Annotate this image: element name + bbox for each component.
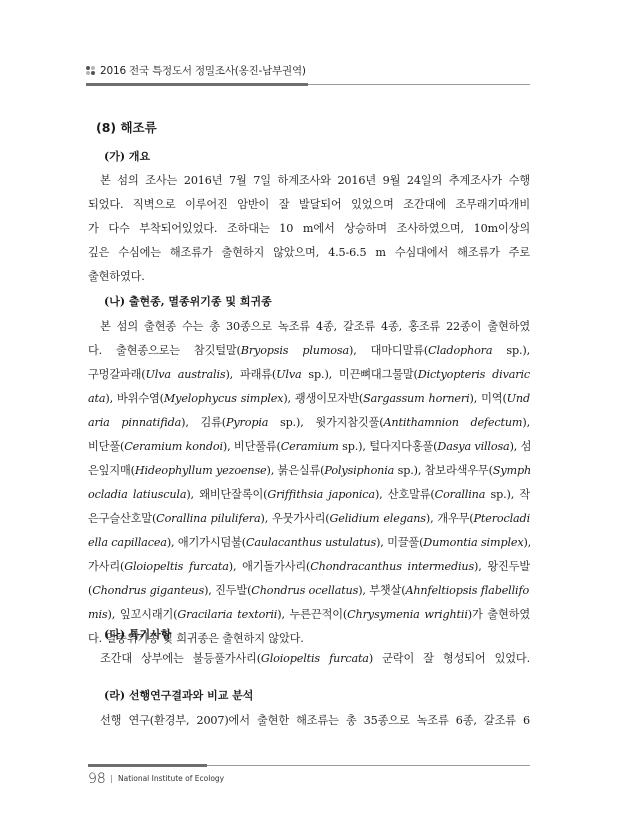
header-rule-thin [308,84,530,85]
subsection-title-comparison: (라) 선행연구결과와 비교 분석 [104,687,253,703]
header-rule-thick [86,83,308,86]
footer-rule-thin [207,765,530,766]
text-line: 은잎지매(Hideophyllum yezoense), 붉은실류(Polysi… [88,459,530,483]
text-line: 다. 출현종으로는 참깃털말(Bryopsis plumosa), 대마디말류(… [88,339,530,363]
text-line: mis), 잎꼬시래기(Gracilaria textorii), 누른끈적이(… [88,603,530,627]
page-number: 98 [88,771,106,787]
subsection-title-overview: (가) 개요 [104,148,150,164]
running-header-title: 2016 전국 특정도서 정밀조사(옹진-남부권역) [100,63,306,78]
text-line: 비단풀(Ceramium kondoi), 비단풀류(Ceramium sp.)… [88,435,530,459]
footer-organization: National Institute of Ecology [118,774,224,783]
text-line: (Chondrus giganteus), 진두발(Chondrus ocell… [88,579,530,603]
four-dot-bullet-icon [86,66,96,76]
paragraph-species: 본 섬의 출현종 수는 총 30종으로 녹조류 4종, 갈조류 4종, 홍조류 … [88,315,530,651]
paragraph-comparison: 선행 연구(환경부, 2007)에서 출현한 해조류는 총 35종으로 녹조류 … [88,709,530,733]
running-header: 2016 전국 특정도서 정밀조사(옹진-남부권역) [86,63,530,93]
page-footer: 98 | National Institute of Ecology [88,764,530,794]
paragraph-overview: 본 섬의 조사는 2016년 7월 7일 하계조사와 2016년 9월 24일의… [88,169,530,289]
text-line: ella capillacea), 애기가시덤불(Caulacanthus us… [88,531,530,555]
text-line: aria pinnatifida), 김류(Pyropia sp.), 윗가지참… [88,411,530,435]
text-line: 가 다수 부착되어있었다. 조하대는 10 m에서 상승하며 조사하였으며, 1… [88,217,530,241]
section-title: (8) 해조류 [96,118,157,136]
text-line: 선행 연구(환경부, 2007)에서 출현한 해조류는 총 35종으로 녹조류 … [88,709,530,733]
text-line: ata), 바위수염(Myelophycus simplex), 괭생이모자반(… [88,387,530,411]
paragraph-notes: 조간대 상부에는 불등풀가사리(Gloiopeltis furcata) 군락이… [88,647,530,671]
subsection-title-notes: (다) 특기사항 [104,626,171,642]
text-line: ocladia latiuscula), 왜비단잘록이(Griffithsia … [88,483,530,507]
text-line: 본 섬의 출현종 수는 총 30종으로 녹조류 4종, 갈조류 4종, 홍조류 … [88,315,530,339]
text-line: 되었다. 직벽으로 이루어진 암반이 잘 발달되어 있었으며 조간대에 조무래기… [88,193,530,217]
text-line: 조간대 상부에는 불등풀가사리(Gloiopeltis furcata) 군락이… [88,647,530,671]
text-line: 본 섬의 조사는 2016년 7월 7일 하계조사와 2016년 9월 24일의… [88,169,530,193]
text-line: 가사리(Gloiopeltis furcata), 애기돌가사리(Chondra… [88,555,530,579]
footer-rule-thick [88,764,207,767]
text-line: 깊은 수심에는 해조류가 출현하지 않았으며, 4.5-6.5 m 수심대에서 … [88,241,530,265]
text-line: 출현하였다. [88,265,530,289]
text-line: 구멍갈파래(Ulva australis), 파래류(Ulva sp.), 미끈… [88,363,530,387]
footer-separator: | [110,774,113,783]
subsection-title-species: (나) 출현종, 멸종위기종 및 희귀종 [104,293,272,309]
text-line: 은구슬산호말(Corallina pilulifera), 우뭇가사리(Geli… [88,507,530,531]
